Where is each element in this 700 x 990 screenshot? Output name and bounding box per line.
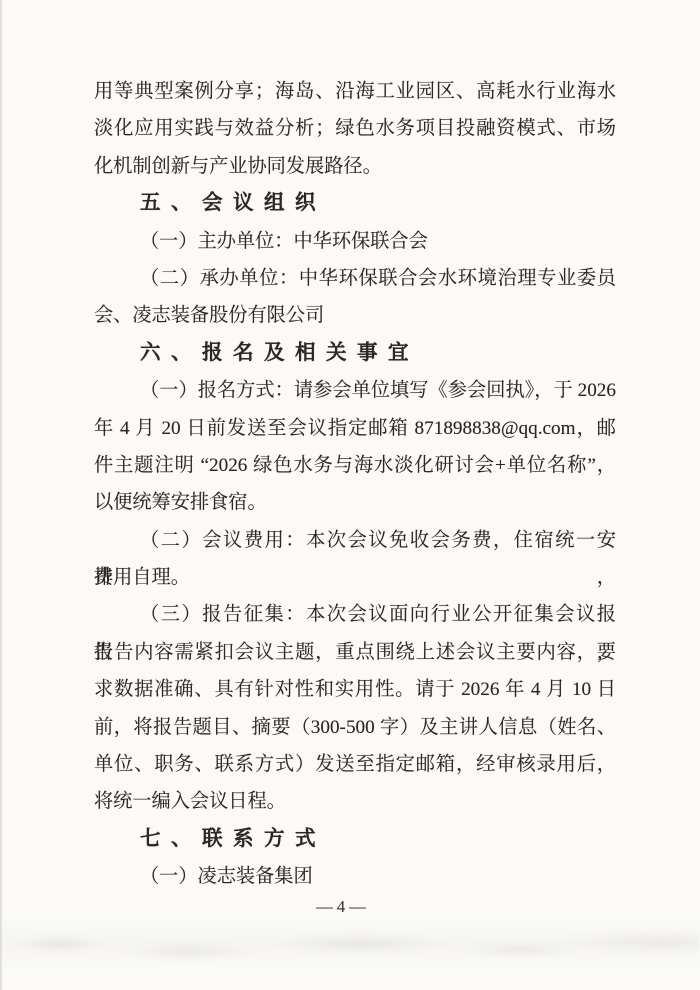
section-heading: 五、会议组织: [94, 185, 616, 222]
document-line: 用等典型案例分享；海岛、沿海工业园区、高耗水行业海水: [94, 73, 616, 110]
document-line: 求数据准确、具有针对性和实用性。请于 2026 年 4 月 10 日: [94, 671, 616, 708]
document-body: 用等典型案例分享；海岛、沿海工业园区、高耗水行业海水淡化应用实践与效益分析；绿色…: [94, 73, 616, 896]
document-line: 将统一编入会议日程。: [94, 783, 616, 820]
document-line: 化机制创新与产业协同发展路径。: [94, 148, 616, 185]
document-line: 年 4 月 20 日前发送至会议指定邮箱 871898838@qq.com，邮: [94, 410, 616, 447]
section-heading: 六、报名及相关事宜: [94, 335, 616, 372]
document-line: （一）报名方式：请参会单位填写《参会回执》，于 2026: [94, 372, 616, 409]
document-line: （三）报告征集：本次会议面向行业公开征集会议报告，: [94, 596, 616, 633]
document-line: （一）凌志装备集团: [94, 858, 616, 895]
page-footer: — 4 —: [0, 897, 700, 917]
document-line: 报告内容需紧扣会议主题，重点围绕上述会议主要内容，要: [94, 634, 616, 671]
page-number: — 4 —: [316, 897, 366, 916]
document-line: 单位、职务、联系方式）发送至指定邮箱，经审核录用后，: [94, 746, 616, 783]
document-line: 前，将报告题目、摘要（300-500 字）及主讲人信息（姓名、: [94, 709, 616, 746]
document-line: 会、凌志装备股份有限公司: [94, 297, 616, 334]
document-line: 件主题注明 “2026 绿色水务与海水淡化研讨会+单位名称”，: [94, 447, 616, 484]
scan-noise-artifact: [0, 912, 700, 980]
document-line: 以便统筹安排食宿。: [94, 484, 616, 521]
section-heading: 七、联系方式: [94, 821, 616, 858]
document-line: 淡化应用实践与效益分析；绿色水务项目投融资模式、市场: [94, 110, 616, 147]
document-line: （二）会议费用：本次会议免收会务费，住宿统一安排，: [94, 522, 616, 559]
document-line: （二）承办单位：中华环保联合会水环境治理专业委员: [94, 260, 616, 297]
scan-edge-shadow: [0, 0, 3, 990]
scanned-document-page: 用等典型案例分享；海岛、沿海工业园区、高耗水行业海水淡化应用实践与效益分析；绿色…: [0, 0, 700, 990]
document-line: （一）主办单位：中华环保联合会: [94, 223, 616, 260]
